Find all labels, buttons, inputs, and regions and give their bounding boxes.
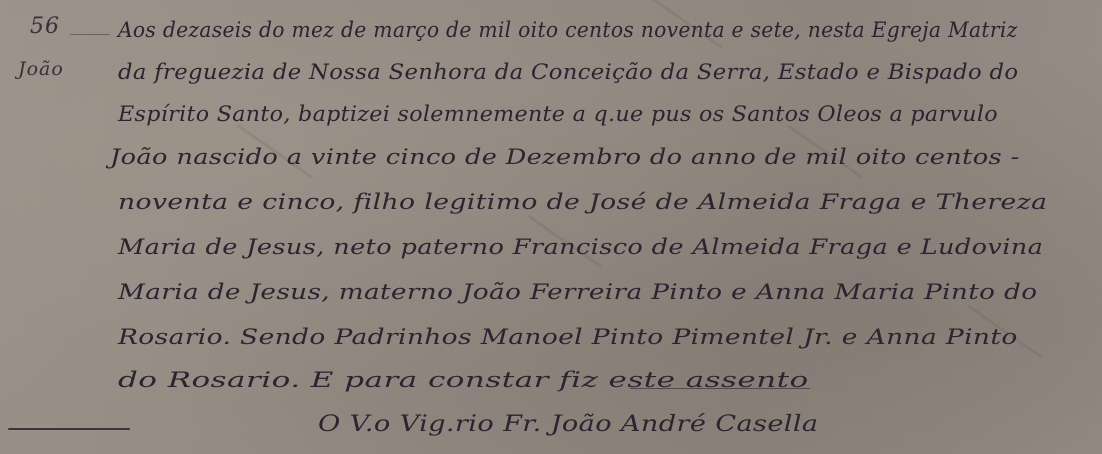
text-line-4: João nascido a vinte cinco de Dezembro d… <box>110 145 1020 169</box>
text-line-1: Aos dezaseis do mez de março de mil oito… <box>118 18 1018 42</box>
text-line-6: Maria de Jesus, neto paterno Francisco d… <box>118 235 1043 259</box>
margin-name: João <box>18 58 64 80</box>
text-line-5: noventa e cinco, filho legitimo de José … <box>118 190 1047 214</box>
document-photo: 56 João Aos dezaseis do mez de março de … <box>0 0 1102 454</box>
closing-underline <box>630 388 810 389</box>
entry-number: 56 <box>30 14 60 39</box>
text-line-7: Maria de Jesus, materno João Ferreira Pi… <box>118 280 1037 304</box>
margin-dash <box>70 34 110 35</box>
text-line-2: da freguezia de Nossa Senhora da Conceiç… <box>118 60 1018 84</box>
signature: O V.o Vig.rio Fr. João André Casella <box>318 412 819 437</box>
text-line-3: Espírito Santo, baptizei solemnemente a … <box>118 102 998 126</box>
entry-separator-rule <box>8 428 130 430</box>
text-line-8: Rosario. Sendo Padrinhos Manoel Pinto Pi… <box>118 325 1018 349</box>
